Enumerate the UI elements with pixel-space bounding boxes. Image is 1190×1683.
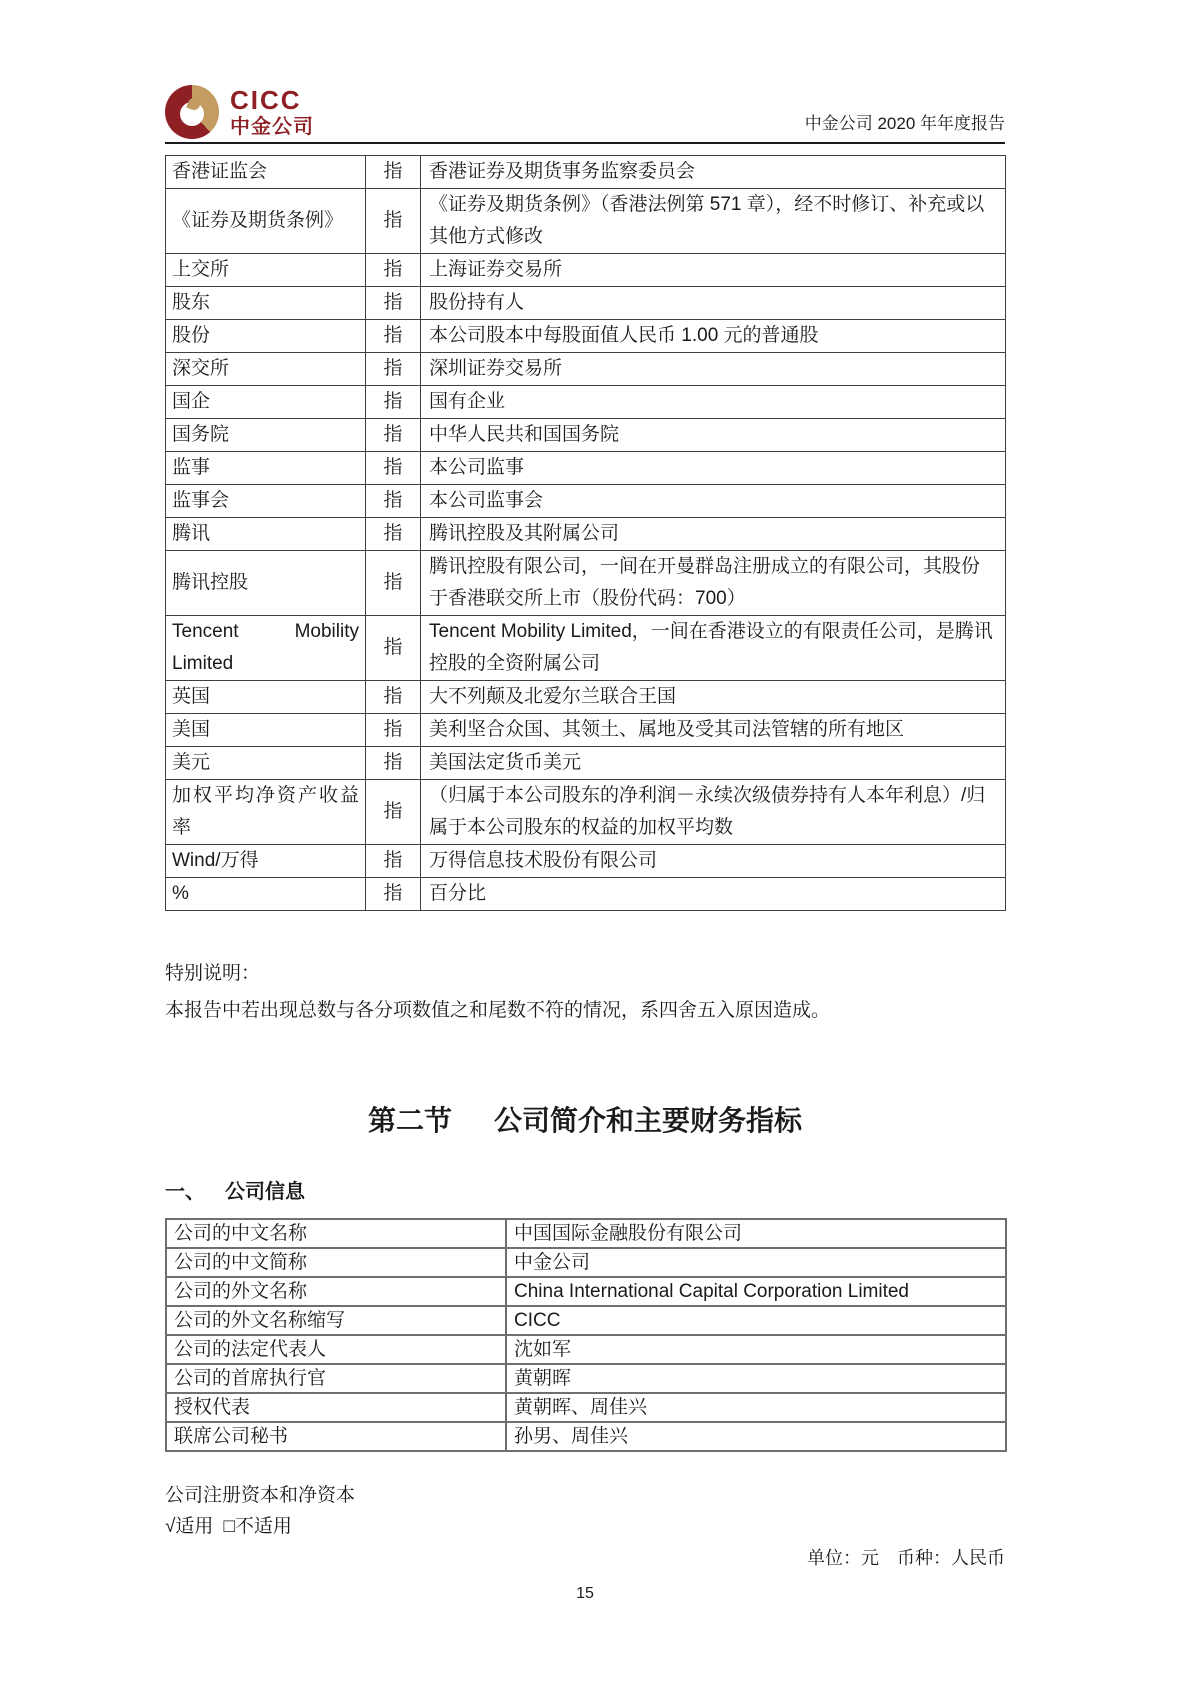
definition-term-cell: 腾讯 (166, 518, 366, 551)
definition-row: 上交所 指 上海证券交易所 (166, 254, 1006, 287)
definition-text-cell: 美利坚合众国、其领土、属地及受其司法管辖的所有地区 (421, 714, 1006, 747)
definition-text-cell: 股份持有人 (421, 287, 1006, 320)
definition-zhi-cell: 指 (366, 485, 421, 518)
definition-text-cell: 香港证券及期货事务监察委员会 (421, 156, 1006, 189)
page-number: 15 (165, 1585, 1005, 1603)
definition-term-cell: 深交所 (166, 353, 366, 386)
definition-row: % 指 百分比 (166, 878, 1006, 911)
definition-row: 股份 指 本公司股本中每股面值人民币 1.00 元的普通股 (166, 320, 1006, 353)
definition-zhi-cell: 指 (366, 353, 421, 386)
page: CICC 中金公司 中金公司 2020 年年度报告 香港证监会 指 香港证券及期… (165, 0, 1005, 1603)
company-info-row: 公司的首席执行官 黄朝晖 (166, 1364, 1006, 1393)
definition-row: 股东 指 股份持有人 (166, 287, 1006, 320)
cicc-logo: CICC 中金公司 (165, 85, 314, 139)
definition-row: 美国 指 美利坚合众国、其领土、属地及受其司法管辖的所有地区 (166, 714, 1006, 747)
company-info-value-cell: 沈如军 (506, 1335, 1006, 1364)
definition-term-cell: 监事会 (166, 485, 366, 518)
definition-text-cell: （归属于本公司股东的净利润－永续次级债券持有人本年利息）/归属于本公司股东的权益… (421, 780, 1006, 845)
cicc-logo-hole (180, 102, 204, 126)
definition-zhi-cell: 指 (366, 320, 421, 353)
section-heading: 第二节公司简介和主要财务指标 (165, 1099, 1005, 1139)
definition-term-cell: 国务院 (166, 419, 366, 452)
definition-zhi-cell: 指 (366, 780, 421, 845)
definition-term-cell: 香港证监会 (166, 156, 366, 189)
definition-zhi-cell: 指 (366, 747, 421, 780)
definition-row: Tencent Mobility Limited 指 Tencent Mobil… (166, 616, 1006, 681)
definition-row: 腾讯控股 指 腾讯控股有限公司，一间在开曼群岛注册成立的有限公司，其股份于香港联… (166, 551, 1006, 616)
definition-term-cell: 美元 (166, 747, 366, 780)
definition-term-cell: 上交所 (166, 254, 366, 287)
definition-term-cell: 腾讯控股 (166, 551, 366, 616)
definition-term-cell: 国企 (166, 386, 366, 419)
definition-text-cell: 百分比 (421, 878, 1006, 911)
company-info-label-cell: 联席公司秘书 (166, 1422, 506, 1451)
company-info-value-cell: 黄朝晖、周佳兴 (506, 1393, 1006, 1422)
definition-text-cell: 本公司监事 (421, 452, 1006, 485)
definition-text-cell: 腾讯控股及其附属公司 (421, 518, 1006, 551)
page-header: CICC 中金公司 中金公司 2020 年年度报告 (165, 0, 1005, 144)
definition-term-cell: 股份 (166, 320, 366, 353)
definition-text-cell: 万得信息技术股份有限公司 (421, 845, 1006, 878)
company-info-label-cell: 公司的首席执行官 (166, 1364, 506, 1393)
definition-row: 深交所 指 深圳证券交易所 (166, 353, 1006, 386)
definition-zhi-cell: 指 (366, 189, 421, 254)
not-applicable-unchecked: □不适用 (223, 1516, 291, 1537)
definition-zhi-cell: 指 (366, 551, 421, 616)
definition-term-cell: 美国 (166, 714, 366, 747)
company-info-value-cell: 孙男、周佳兴 (506, 1422, 1006, 1451)
definition-text-cell: 中华人民共和国国务院 (421, 419, 1006, 452)
company-info-row: 公司的外文名称 China International Capital Corp… (166, 1277, 1006, 1306)
company-info-row: 联席公司秘书 孙男、周佳兴 (166, 1422, 1006, 1451)
company-info-row: 授权代表 黄朝晖、周佳兴 (166, 1393, 1006, 1422)
definition-term-cell: 加权平均净资产收益率 (166, 780, 366, 845)
cicc-logo-text: CICC 中金公司 (230, 87, 314, 137)
company-info-value-cell: 黄朝晖 (506, 1364, 1006, 1393)
definition-row: 国务院 指 中华人民共和国国务院 (166, 419, 1006, 452)
definition-zhi-cell: 指 (366, 419, 421, 452)
applicable-line: √适用□不适用 (165, 1511, 1005, 1542)
cicc-logo-icon (165, 85, 219, 139)
definition-zhi-cell: 指 (366, 254, 421, 287)
definition-text-cell: 上海证券交易所 (421, 254, 1006, 287)
section-title: 公司简介和主要财务指标 (494, 1105, 802, 1136)
company-info-value-cell: 中金公司 (506, 1248, 1006, 1277)
definition-text-cell: 大不列颠及北爱尔兰联合王国 (421, 681, 1006, 714)
definition-zhi-cell: 指 (366, 156, 421, 189)
definition-term-cell: Wind/万得 (166, 845, 366, 878)
unit-currency-line: 单位：元 币种：人民币 (165, 1544, 1005, 1570)
capital-note: 公司注册资本和净资本 √适用□不适用 (165, 1480, 1005, 1542)
company-info-value-cell: China International Capital Corporation … (506, 1277, 1006, 1306)
definition-row: 香港证监会 指 香港证券及期货事务监察委员会 (166, 156, 1006, 189)
company-info-label-cell: 授权代表 (166, 1393, 506, 1422)
subsection-title: 公司信息 (225, 1181, 305, 1203)
company-info-value-cell: CICC (506, 1306, 1006, 1335)
capital-note-title: 公司注册资本和净资本 (165, 1480, 1005, 1511)
definition-zhi-cell: 指 (366, 287, 421, 320)
logo-name: 中金公司 (230, 117, 314, 137)
company-info-value-cell: 中国国际金融股份有限公司 (506, 1219, 1006, 1248)
definition-zhi-cell: 指 (366, 386, 421, 419)
definition-row: 英国 指 大不列颠及北爱尔兰联合王国 (166, 681, 1006, 714)
definition-term-cell: 监事 (166, 452, 366, 485)
definition-term-cell: Tencent Mobility Limited (166, 616, 366, 681)
special-note-title: 特别说明： (165, 955, 1005, 992)
definition-text-cell: 深圳证券交易所 (421, 353, 1006, 386)
definition-term-cell: 英国 (166, 681, 366, 714)
subsection-label: 一、 (165, 1181, 205, 1203)
special-note-body: 本报告中若出现总数与各分项数值之和尾数不符的情况，系四舍五入原因造成。 (165, 992, 1005, 1029)
definition-row: 《证券及期货条例》 指 《证券及期货条例》（香港法例第 571 章），经不时修订… (166, 189, 1006, 254)
definition-text-cell: 国有企业 (421, 386, 1006, 419)
company-info-label-cell: 公司的外文名称 (166, 1277, 506, 1306)
definition-term-cell: 《证券及期货条例》 (166, 189, 366, 254)
subsection-heading: 一、公司信息 (165, 1177, 1005, 1207)
definition-row: 监事 指 本公司监事 (166, 452, 1006, 485)
definition-row: 监事会 指 本公司监事会 (166, 485, 1006, 518)
definition-row: Wind/万得 指 万得信息技术股份有限公司 (166, 845, 1006, 878)
company-info-label-cell: 公司的中文名称 (166, 1219, 506, 1248)
definition-row: 加权平均净资产收益率 指 （归属于本公司股东的净利润－永续次级债券持有人本年利息… (166, 780, 1006, 845)
definition-zhi-cell: 指 (366, 681, 421, 714)
company-info-label-cell: 公司的外文名称缩写 (166, 1306, 506, 1335)
company-info-label-cell: 公司的法定代表人 (166, 1335, 506, 1364)
company-info-row: 公司的中文名称 中国国际金融股份有限公司 (166, 1219, 1006, 1248)
definition-zhi-cell: 指 (366, 878, 421, 911)
company-info-row: 公司的中文简称 中金公司 (166, 1248, 1006, 1277)
report-title: 中金公司 2020 年年度报告 (805, 109, 1005, 139)
definition-zhi-cell: 指 (366, 845, 421, 878)
definition-row: 国企 指 国有企业 (166, 386, 1006, 419)
definition-text-cell: 《证券及期货条例》（香港法例第 571 章），经不时修订、补充或以其他方式修改 (421, 189, 1006, 254)
company-info-table: 公司的中文名称 中国国际金融股份有限公司 公司的中文简称 中金公司 公司的外文名… (165, 1218, 1007, 1452)
cicc-logo-swirl (186, 96, 201, 111)
definitions-table: 香港证监会 指 香港证券及期货事务监察委员会 《证券及期货条例》 指 《证券及期… (165, 155, 1006, 911)
section-number: 第二节 (368, 1105, 452, 1136)
definition-text-cell: Tencent Mobility Limited，一间在香港设立的有限责任公司，… (421, 616, 1006, 681)
definition-zhi-cell: 指 (366, 616, 421, 681)
definition-row: 美元 指 美国法定货币美元 (166, 747, 1006, 780)
special-note: 特别说明： 本报告中若出现总数与各分项数值之和尾数不符的情况，系四舍五入原因造成… (165, 955, 1005, 1029)
company-info-label-cell: 公司的中文简称 (166, 1248, 506, 1277)
definition-zhi-cell: 指 (366, 518, 421, 551)
definition-row: 腾讯 指 腾讯控股及其附属公司 (166, 518, 1006, 551)
definition-text-cell: 本公司股本中每股面值人民币 1.00 元的普通股 (421, 320, 1006, 353)
definition-term-cell: % (166, 878, 366, 911)
definition-text-cell: 腾讯控股有限公司，一间在开曼群岛注册成立的有限公司，其股份于香港联交所上市（股份… (421, 551, 1006, 616)
definition-zhi-cell: 指 (366, 452, 421, 485)
definition-text-cell: 美国法定货币美元 (421, 747, 1006, 780)
definition-term-cell: 股东 (166, 287, 366, 320)
company-info-row: 公司的外文名称缩写 CICC (166, 1306, 1006, 1335)
logo-acronym: CICC (230, 87, 314, 113)
definition-zhi-cell: 指 (366, 714, 421, 747)
applicable-checked: √适用 (165, 1516, 213, 1537)
company-info-row: 公司的法定代表人 沈如军 (166, 1335, 1006, 1364)
definition-text-cell: 本公司监事会 (421, 485, 1006, 518)
